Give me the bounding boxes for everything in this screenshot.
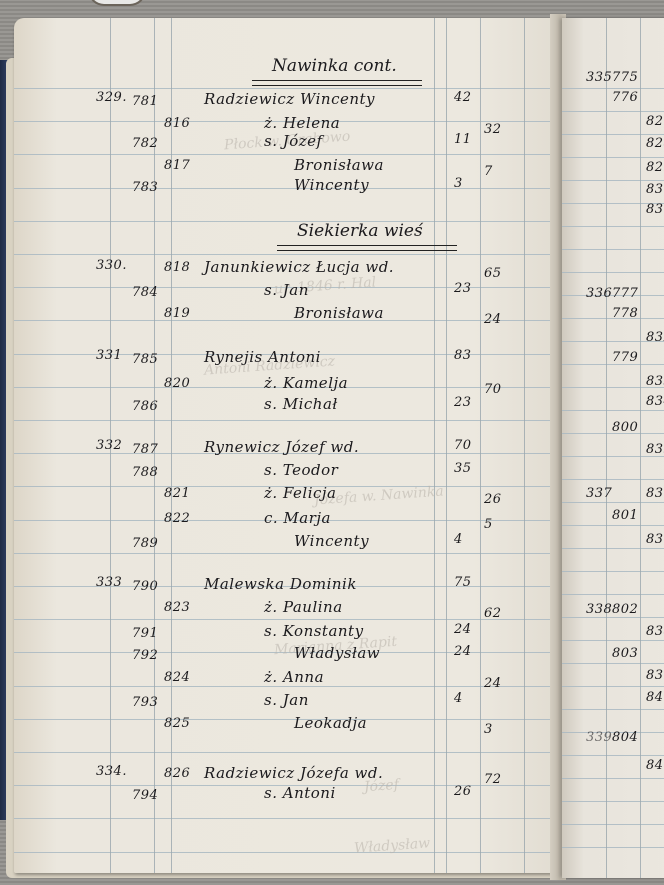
entry-number-b: 834 [646, 394, 664, 409]
person-name: Bronisława [294, 156, 384, 174]
column-rule [171, 18, 172, 873]
entry-number-b: 832 [646, 330, 664, 345]
household-number: 333 [96, 575, 122, 590]
person-name: Bronisława [294, 304, 384, 322]
rule-line [562, 755, 664, 756]
person-name: Janunkiewicz Łucja wd. [204, 258, 394, 276]
entry-number-b: 829 [646, 160, 664, 175]
entry-number-a: 800 [612, 420, 638, 435]
age-female: 72 [484, 772, 502, 787]
age-male: 24 [454, 622, 472, 637]
entry-number-b: 827 [646, 114, 664, 129]
entry-number-b: 819 [164, 306, 190, 321]
person-name: Rynewicz Józef wd. [204, 438, 359, 456]
person-name: ż. Helena [264, 114, 340, 132]
entry-number-b: 838 [646, 624, 664, 639]
entry-number-a: 782 [132, 136, 158, 151]
rule-line [562, 617, 664, 618]
column-rule [446, 18, 447, 873]
age-female: 62 [484, 606, 502, 621]
age-female: 32 [484, 122, 502, 137]
entry-number-b: 824 [164, 670, 190, 685]
age-female: 26 [484, 492, 502, 507]
entry-number-a: 785 [132, 352, 158, 367]
rule-line [14, 88, 554, 89]
rule-line [562, 824, 664, 825]
rule-line [14, 254, 554, 255]
age-male: 4 [454, 532, 463, 547]
rule-line [562, 709, 664, 710]
rule-line [14, 154, 554, 155]
heading-underline [252, 80, 422, 86]
entry-number-b: 817 [164, 158, 190, 173]
entry-number-a: 803 [612, 646, 638, 661]
entry-number-a: 794 [132, 788, 158, 803]
person-name: ż. Anna [264, 668, 324, 686]
entry-number-a: 779 [612, 350, 638, 365]
age-male: 11 [454, 132, 472, 147]
age-male: 23 [454, 281, 472, 296]
age-female: 24 [484, 312, 502, 327]
person-name: Wincenty [294, 532, 369, 550]
rule-line [14, 221, 554, 222]
rule-line [562, 157, 664, 158]
entry-number-b: 825 [164, 716, 190, 731]
person-name: s. Jan [264, 691, 309, 709]
bleed-through-text: Władysław [354, 835, 431, 856]
rule-line [14, 320, 554, 321]
column-rule [524, 18, 525, 873]
age-female: 5 [484, 517, 493, 532]
column-rule [606, 18, 607, 878]
entry-number-b: 826 [164, 766, 190, 781]
entry-number-a: 788 [132, 465, 158, 480]
entry-number-b: 841 [646, 758, 664, 773]
rule-line [562, 249, 664, 250]
entry-number-b: 822 [164, 511, 190, 526]
rule-line [14, 420, 554, 421]
entry-number-a: 787 [132, 442, 158, 457]
entry-number-a: 789 [132, 536, 158, 551]
person-name: Radziewicz Józefa wd. [204, 764, 383, 782]
column-rule [480, 18, 481, 873]
household-number: 339 [586, 730, 612, 745]
household-number: 332 [96, 438, 122, 453]
person-name: s. Jan [264, 281, 309, 299]
entry-number-a: 792 [132, 648, 158, 663]
entry-number-a: 786 [132, 399, 158, 414]
person-name: Radziewicz Wincenty [204, 90, 375, 108]
rule-line [14, 818, 554, 819]
rule-line [562, 88, 664, 89]
column-rule [434, 18, 435, 873]
entry-number-a: 801 [612, 508, 638, 523]
left-page: Płock w. Grabowour. 1846 r. HalAntoni Ra… [14, 18, 554, 873]
age-female: 7 [484, 164, 493, 179]
entry-number-a: 793 [132, 695, 158, 710]
age-male: 70 [454, 438, 472, 453]
entry-number-b: 837 [646, 532, 664, 547]
person-name: Malewska Dominik [204, 575, 357, 593]
age-female: 70 [484, 382, 502, 397]
person-name: s. Teodor [264, 461, 338, 479]
entry-number-b: 830 [646, 182, 664, 197]
entry-number-a: 781 [132, 94, 158, 109]
entry-number-b: 836 [646, 486, 664, 501]
rule-line [562, 226, 664, 227]
age-male: 23 [454, 395, 472, 410]
entry-number-b: 821 [164, 486, 190, 501]
entry-number-a: 783 [132, 180, 158, 195]
age-male: 35 [454, 461, 472, 476]
entry-number-a: 802 [612, 602, 638, 617]
age-female: 24 [484, 676, 502, 691]
entry-number-b: 839 [646, 668, 664, 683]
person-name: ż. Kamelja [264, 374, 348, 392]
rule-line [562, 479, 664, 480]
rule-line [562, 111, 664, 112]
rule-line [14, 553, 554, 554]
entry-number-b: 831 [646, 202, 664, 217]
rule-line [562, 272, 664, 273]
person-name: s. Józef [264, 132, 323, 150]
household-number: 338 [586, 602, 612, 617]
entry-number-b: 828 [646, 136, 664, 151]
rule-line [562, 778, 664, 779]
entry-number-b: 820 [164, 376, 190, 391]
section-heading: Nawinka cont. [272, 56, 397, 76]
age-male: 24 [454, 644, 472, 659]
age-male: 3 [454, 176, 463, 191]
rule-line [14, 852, 554, 853]
entry-number-b: 835 [646, 442, 664, 457]
rule-line [562, 801, 664, 802]
heading-underline [277, 245, 457, 251]
rule-line [562, 640, 664, 641]
rule-line [562, 502, 664, 503]
person-name: s. Konstanty [264, 622, 364, 640]
age-female: 3 [484, 722, 493, 737]
rule-line [14, 619, 554, 620]
entry-number-b: 816 [164, 116, 190, 131]
entry-number-a: 776 [612, 90, 638, 105]
rule-line [562, 594, 664, 595]
person-name: ż. Paulina [264, 598, 343, 616]
person-name: ż. Felicja [264, 484, 337, 502]
rule-line [562, 180, 664, 181]
rule-line [562, 571, 664, 572]
age-female: 65 [484, 266, 502, 281]
entry-number-a: 784 [132, 285, 158, 300]
entry-number-a: 790 [132, 579, 158, 594]
rule-line [562, 686, 664, 687]
column-rule [640, 18, 641, 878]
entry-number-a: 778 [612, 306, 638, 321]
entry-number-b: 833 [646, 374, 664, 389]
person-name: Leokadja [294, 714, 367, 732]
person-name: Władysław [294, 644, 380, 662]
age-male: 42 [454, 90, 472, 105]
rule-line [562, 847, 664, 848]
age-male: 83 [454, 348, 472, 363]
household-number: 330. [96, 258, 127, 273]
person-name: c. Marja [264, 509, 331, 527]
entry-number-a: 775 [612, 70, 638, 85]
age-male: 4 [454, 691, 463, 706]
person-name: s. Michał [264, 395, 338, 413]
household-number: 335 [586, 70, 612, 85]
rule-line [562, 548, 664, 549]
rule-line [562, 663, 664, 664]
household-number: 329. [96, 90, 127, 105]
section-heading: Siekierka wieś [297, 221, 423, 241]
person-name: Wincenty [294, 176, 369, 194]
household-number: 336 [586, 286, 612, 301]
entry-number-a: 804 [612, 730, 638, 745]
rule-line [14, 752, 554, 753]
age-male: 26 [454, 784, 472, 799]
person-name: s. Antoni [264, 784, 336, 802]
rule-line [562, 410, 664, 411]
age-male: 75 [454, 575, 472, 590]
entry-number-a: 791 [132, 626, 158, 641]
household-number: 334. [96, 764, 127, 779]
entry-number-b: 823 [164, 600, 190, 615]
entry-number-a: 777 [612, 286, 638, 301]
rule-line [14, 188, 554, 189]
rule-line [562, 134, 664, 135]
rule-line [562, 525, 664, 526]
entry-number-b: 818 [164, 260, 190, 275]
right-page: 3357757768278288298308313367777788327798… [562, 18, 664, 878]
household-number: 337 [586, 486, 612, 501]
rule-line [14, 719, 554, 720]
entry-number-b: 840 [646, 690, 664, 705]
person-name: Rynejis Antoni [204, 348, 321, 366]
household-number: 331 [96, 348, 122, 363]
